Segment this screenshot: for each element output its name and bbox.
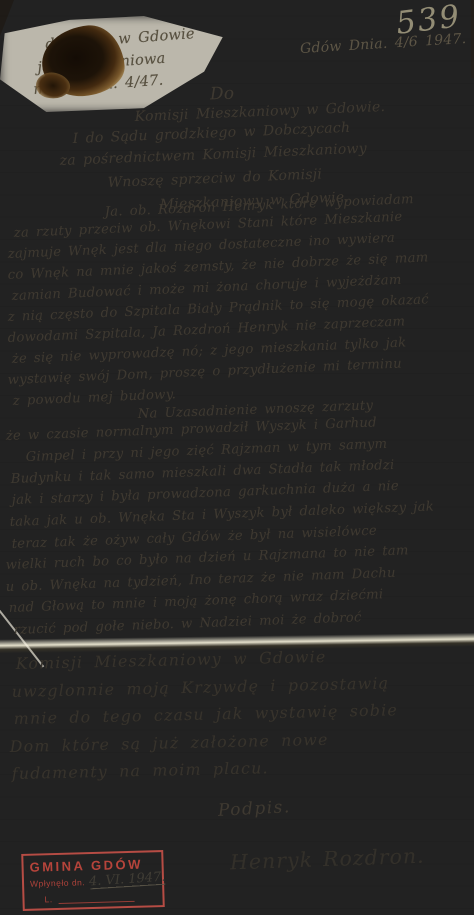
body-paragraph-1: Ja. ob. Rozdroń Henryk które wypowiadamz…: [8, 202, 430, 412]
stamp-received-label: Wpłynęło dn.: [30, 877, 85, 889]
body-paragraph-2: Na Uzasadnienie wnoszę zarzutyże w czasi…: [6, 404, 434, 642]
dateline: Gdów Dnia. 4/6 1947.: [300, 31, 467, 57]
body-paragraph-3: Komisji Mieszkaniowy w Gdowieuwzglonnie …: [10, 650, 398, 788]
signature: Henryk Rozdron.: [230, 844, 425, 875]
stamp-number-blank-line: [58, 893, 134, 904]
scanned-letter-page: 539 Gdów Dnia. 4/6 1947. d Gminy w Gdowi…: [0, 0, 474, 915]
receipt-stamp: GMINA GDÓW Wpłynęło dn. 4. VI. 1947. L.: [21, 850, 165, 911]
scan-edge-top-left: [0, 0, 14, 36]
stamp-number-label: L.: [44, 894, 52, 904]
stamp-received-date-handwritten: 4. VI. 1947.: [89, 873, 166, 889]
closing-word: Podpis.: [218, 797, 292, 821]
